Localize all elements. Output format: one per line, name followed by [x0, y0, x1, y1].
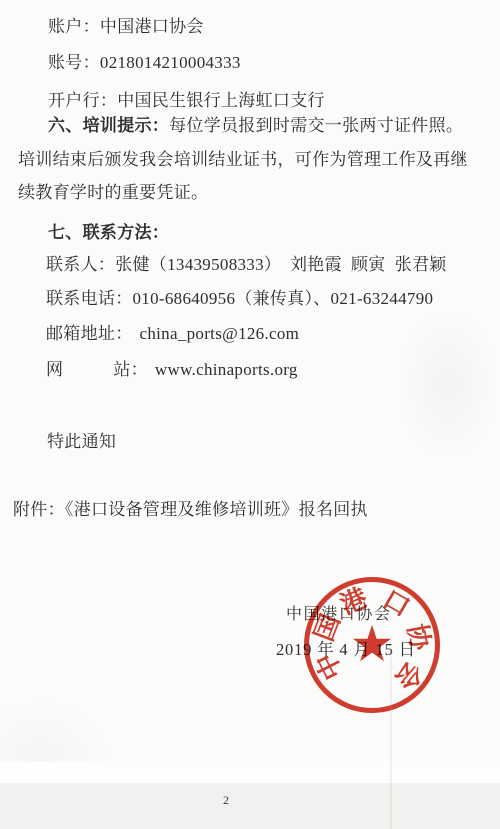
- bank-branch-line: 开户行：中国民生银行上海虹口支行: [48, 89, 325, 113]
- contact-person-label: 联系人：: [46, 255, 115, 274]
- contact-email-line: 邮箱地址：china_ports@126.com: [46, 322, 299, 346]
- star-icon: ★: [342, 613, 402, 673]
- scan-light-band: [0, 762, 500, 783]
- closing-notice-text: 特此通知: [47, 430, 116, 454]
- training-tips-line-3: 续教育学时的重要凭证。: [18, 181, 208, 205]
- contact-email-label: 邮箱地址：: [46, 324, 133, 343]
- contact-section-heading: 七、联系方法：: [48, 221, 169, 245]
- contact-website-line: 网站：www.chinaports.org: [46, 358, 298, 382]
- contact-person-line: 联系人：张健（13439508333） 刘艳霞 顾寅 张君颖: [46, 253, 447, 277]
- bank-account-name-label: 账户：: [48, 17, 100, 36]
- contact-website-label-right: 站：: [113, 360, 148, 379]
- attachment-line: 附件：《港口设备管理及维修培训班》报名回执: [13, 498, 368, 522]
- contact-website-label-left: 网: [46, 360, 63, 379]
- bank-account-number-line: 账号：0218014210004333: [48, 51, 241, 75]
- scanned-document-page: 账户：中国港口协会 账号：0218014210004333 开户行：中国民生银行…: [0, 0, 500, 829]
- bank-account-name-line: 账户：中国港口协会: [48, 15, 204, 39]
- contact-phone-label: 联系电话：: [46, 289, 133, 308]
- seal-ring-char-5: 协: [401, 620, 436, 655]
- contact-phone-value: 010-68640956（兼传真）、021-63244790: [133, 289, 434, 308]
- contact-email-value: china_ports@126.com: [140, 324, 300, 343]
- training-tips-text-1: 每位学员报到时需交一张两寸证件照。: [169, 116, 463, 135]
- training-tips-line-2: 培训结束后颁发我会培训结业证书，可作为管理工作及再继: [18, 148, 468, 172]
- scan-noise-blob: [398, 310, 498, 460]
- contact-phone-line: 联系电话：010-68640956（兼传真）、021-63244790: [46, 287, 433, 311]
- contact-person-value: 张健（13439508333） 刘艳霞 顾寅 张君颖: [115, 255, 446, 274]
- training-tips-line-1: 六、培训提示：每位学员报到时需交一张两寸证件照。: [48, 114, 463, 138]
- bank-account-number-label: 账号：: [48, 53, 100, 72]
- bank-account-number-value: 0218014210004333: [100, 53, 241, 72]
- training-tips-heading: 六、培训提示：: [48, 116, 169, 135]
- bank-account-name-value: 中国港口协会: [100, 17, 204, 36]
- contact-website-value: www.chinaports.org: [155, 360, 298, 379]
- bank-branch-label: 开户行：: [48, 91, 117, 110]
- official-seal: 中 国 港 口 协 会 ★: [304, 577, 440, 713]
- page-number: 2: [0, 793, 476, 808]
- bank-branch-value: 中国民生银行上海虹口支行: [117, 91, 325, 110]
